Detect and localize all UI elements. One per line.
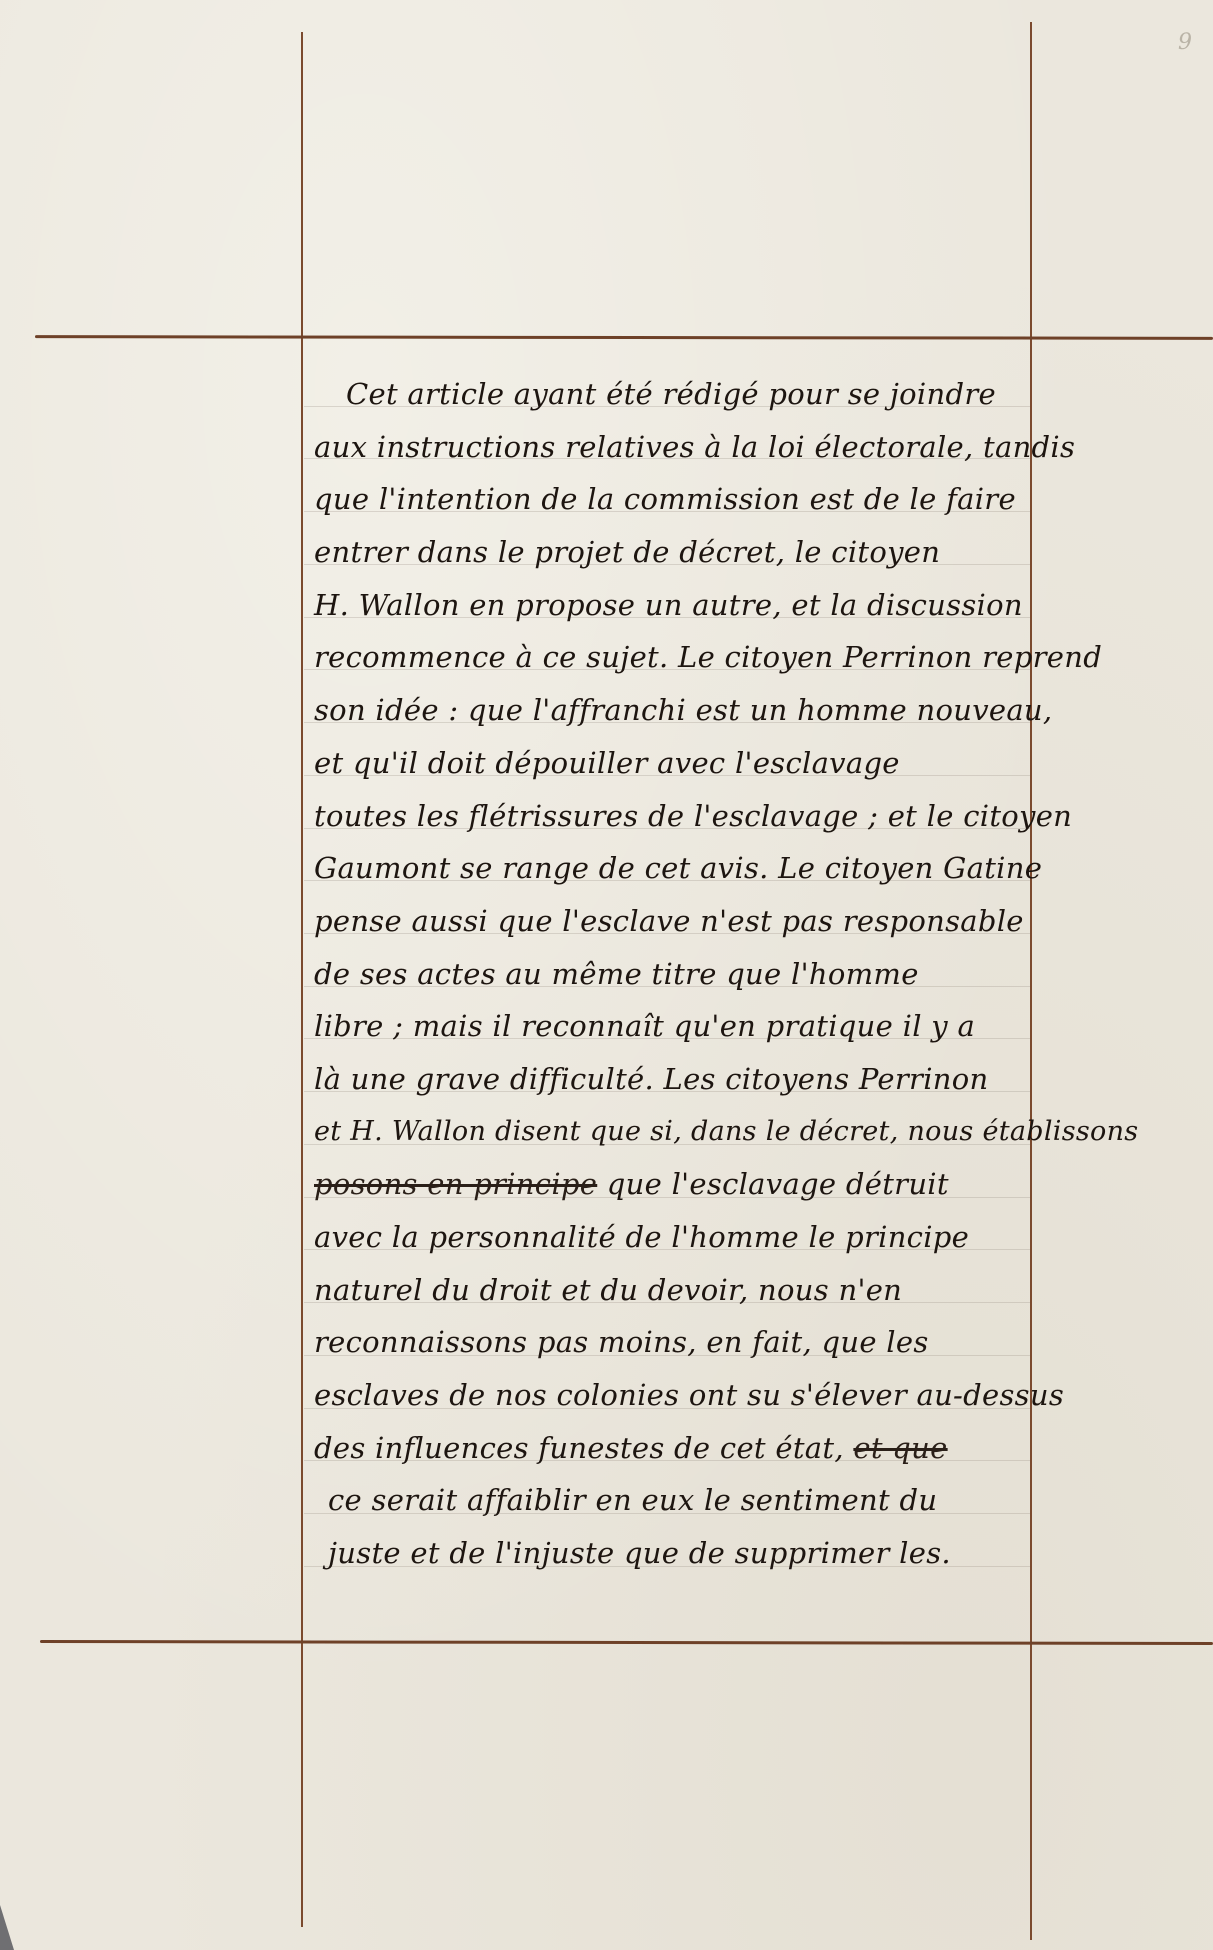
line-text: libre ; mais il reconnaît qu'en pratique… [314,1009,975,1043]
line-text: aux instructions relatives à la loi élec… [314,430,1075,464]
line-text: que l'intention de la commission est de … [314,482,1016,516]
text-line: juste et de l'injuste que de supprimer l… [314,1527,1074,1580]
line-text: esclaves de nos colonies ont su s'élever… [314,1378,1064,1412]
text-line: libre ; mais il reconnaît qu'en pratique… [314,1000,1074,1053]
page-number: 9 [1178,30,1192,55]
line-text: et H. Wallon disent que si, dans le décr… [314,1116,1138,1147]
manuscript-page: 9 Cet article ayant été rédigé pour se j… [0,0,1213,1950]
struck-through-text: posons en principe [314,1167,597,1201]
text-line: posons en principe que l'esclavage détru… [314,1158,1074,1211]
text-line: là une grave difficulté. Les citoyens Pe… [314,1053,1074,1106]
line-text: pense aussi que l'esclave n'est pas resp… [314,904,1024,938]
line-text: des influences funestes de cet état, [314,1431,853,1465]
text-line: ce serait affaiblir en eux le sentiment … [314,1474,1074,1527]
text-line: recommence à ce sujet. Le citoyen Perrin… [314,631,1074,684]
text-line: et H. Wallon disent que si, dans le décr… [314,1106,1074,1159]
text-line: reconnaissons pas moins, en fait, que le… [314,1316,1074,1369]
text-line: que l'intention de la commission est de … [314,473,1074,526]
text-line: Gaumont se range de cet avis. Le citoyen… [314,842,1074,895]
text-line: entrer dans le projet de décret, le cito… [314,526,1074,579]
text-line: H. Wallon en propose un autre, et la dis… [314,579,1074,632]
line-text: entrer dans le projet de décret, le cito… [314,535,940,569]
text-line: esclaves de nos colonies ont su s'élever… [314,1369,1074,1422]
line-text: reconnaissons pas moins, en fait, que le… [314,1325,929,1359]
line-text: toutes les flétrissures de l'esclavage ;… [314,799,1072,833]
line-text: Gaumont se range de cet avis. Le citoyen… [314,851,1042,885]
line-text: et qu'il doit dépouiller avec l'esclavag… [314,746,900,780]
line-text: que l'esclavage détruit [597,1167,949,1201]
line-text: naturel du droit et du devoir, nous n'en [314,1273,902,1307]
line-text: Cet article ayant été rédigé pour se joi… [346,377,996,411]
line-text: recommence à ce sujet. Le citoyen Perrin… [314,640,1102,674]
text-line: et qu'il doit dépouiller avec l'esclavag… [314,737,1074,790]
line-text: son idée : que l'affranchi est un homme … [314,693,1052,727]
line-text: de ses actes au même titre que l'homme [314,957,919,991]
line-text: ce serait affaiblir en eux le sentiment … [328,1483,937,1517]
line-text: avec la personnalité de l'homme le princ… [314,1220,969,1254]
text-line: naturel du droit et du devoir, nous n'en [314,1264,1074,1317]
text-line: de ses actes au même titre que l'homme [314,948,1074,1001]
line-text: H. Wallon en propose un autre, et la dis… [314,588,1023,622]
line-text: là une grave difficulté. Les citoyens Pe… [314,1062,988,1096]
line-text: juste et de l'injuste que de supprimer l… [328,1536,951,1570]
text-line: des influences funestes de cet état, et … [314,1422,1074,1475]
text-line: pense aussi que l'esclave n'est pas resp… [314,895,1074,948]
text-line: son idée : que l'affranchi est un homme … [314,684,1074,737]
scan-corner-shadow [0,1905,14,1950]
text-line: toutes les flétrissures de l'esclavage ;… [314,790,1074,843]
struck-through-text: et que [853,1431,947,1465]
text-line: avec la personnalité de l'homme le princ… [314,1211,1074,1264]
text-line: Cet article ayant été rédigé pour se joi… [314,368,1074,421]
manuscript-text: Cet article ayant été rédigé pour se joi… [314,368,1074,1580]
text-line: aux instructions relatives à la loi élec… [314,421,1074,474]
